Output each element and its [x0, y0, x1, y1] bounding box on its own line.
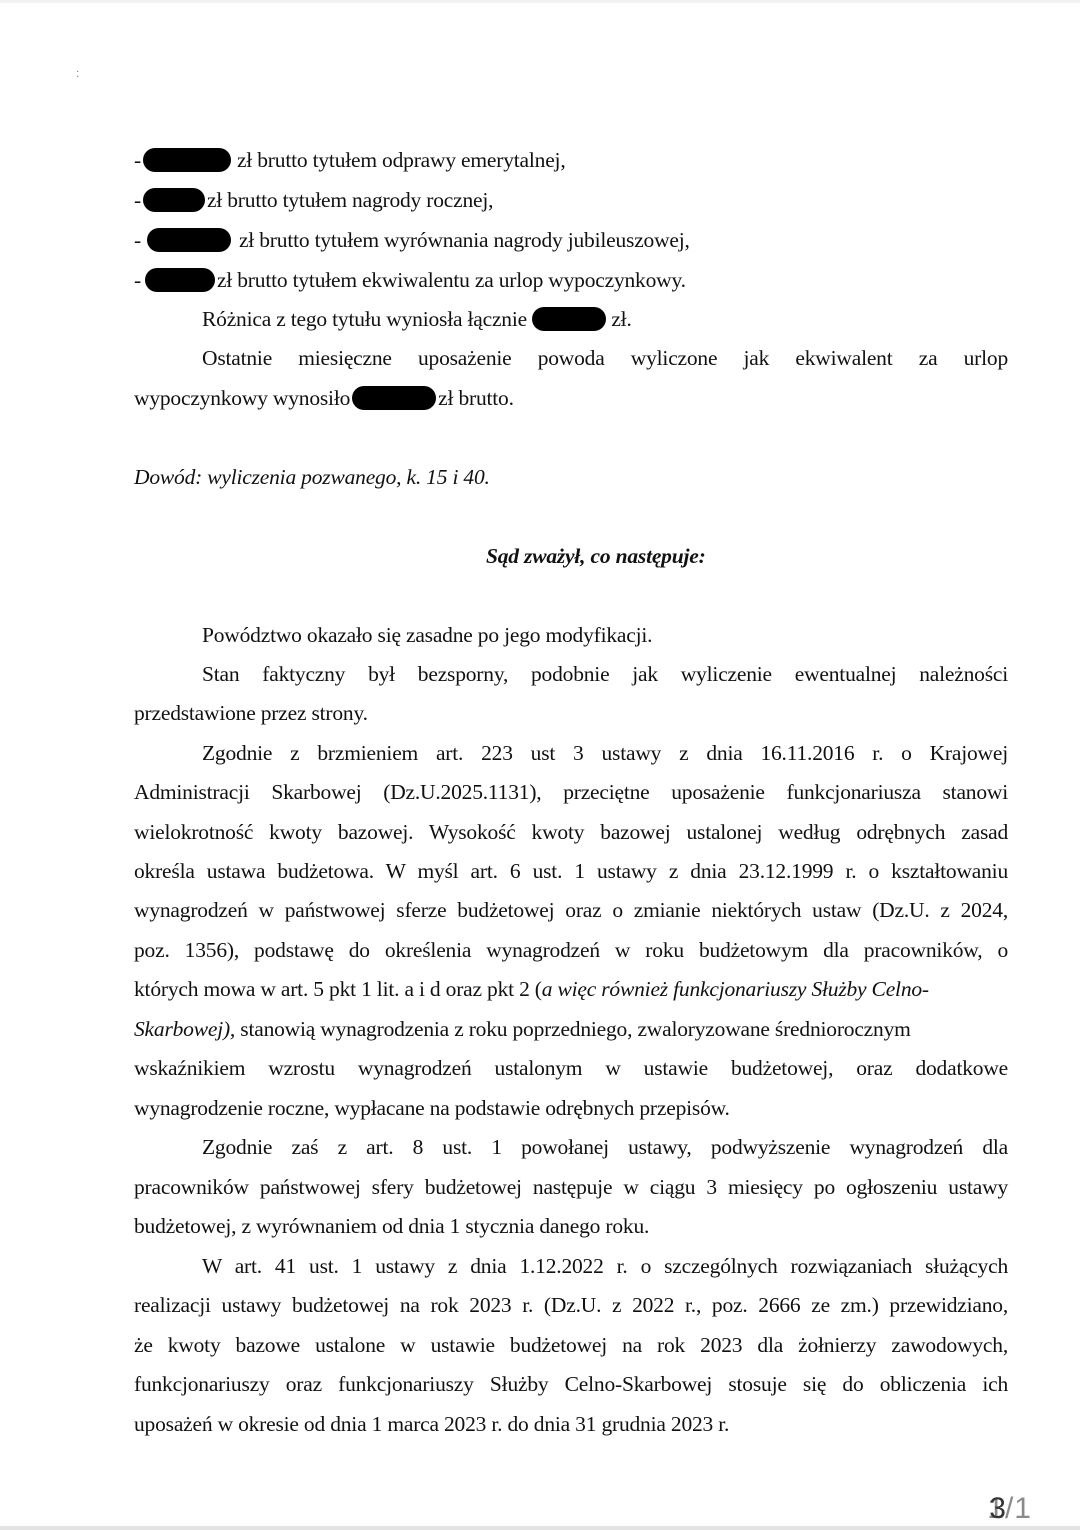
- paragraph-3-line-4: określa ustawa budżetowa. W myśl art. 6 …: [134, 858, 1008, 884]
- list-item-2: -zł brutto tytułem nagrody rocznej,: [134, 187, 493, 213]
- paragraph-5-line-4: funkcjonariuszy oraz funkcjonariuszy Słu…: [134, 1371, 1008, 1397]
- bottom-edge: [0, 1526, 1080, 1530]
- paragraph-1: Powództwo okazało się zasadne po jego mo…: [202, 622, 652, 648]
- redaction: [143, 148, 231, 172]
- paragraph-3-line-2: Administracji Skarbowej (Dz.U.2025.1131)…: [134, 779, 1008, 805]
- list-item-3: -zł brutto tytułem wyrównania nagrody ju…: [134, 227, 690, 253]
- list-item-1: -zł brutto tytułem odprawy emerytalnej,: [134, 147, 566, 173]
- paragraph-3-line-6: poz. 1356), podstawę do określenia wynag…: [134, 937, 1008, 963]
- redaction: [147, 228, 231, 252]
- salary-line-2: wypoczynkowy wynosiłozł brutto.: [134, 385, 514, 411]
- section-heading: Sąd zważył, co następuje:: [486, 543, 706, 569]
- paragraph-3-line-8: Skarbowej), stanowią wynagrodzenia z rok…: [134, 1016, 911, 1042]
- paragraph-5-line-3: że kwoty bazowe ustalone w ustawie budże…: [134, 1332, 1008, 1358]
- paragraph-5-line-2: realizacji ustawy budżetowej na rok 2023…: [134, 1292, 1008, 1318]
- paragraph-3-line-10: wynagrodzenie roczne, wypłacane na podst…: [134, 1095, 730, 1121]
- paragraph-3-line-7: których mowa w art. 5 pkt 1 lit. a i d o…: [134, 976, 929, 1002]
- paragraph-5-line-5: uposażeń w okresie od dnia 1 marca 2023 …: [134, 1411, 729, 1437]
- paragraph-4-line-3: budżetowej, z wyrównaniem od dnia 1 styc…: [134, 1213, 649, 1239]
- paragraph-2-line-2: przedstawione przez strony.: [134, 700, 368, 726]
- list-item-4: -zł brutto tytułem ekwiwalentu za urlop …: [134, 267, 686, 293]
- difference-line: Różnica z tego tytułu wyniosła łącznie z…: [202, 306, 632, 332]
- menu-dots-icon: ··: [76, 70, 79, 80]
- paragraph-3-line-5: wynagrodzeń w państwowej sferze budżetow…: [134, 897, 1008, 923]
- paragraph-2-line-1: Stan faktyczny był bezsporny, podobnie j…: [134, 661, 1008, 687]
- salary-line-1: Ostatnie miesięczne uposażenie powoda wy…: [134, 345, 1008, 371]
- current-page-number: 3: [989, 1492, 1007, 1526]
- paragraph-5-line-1: W art. 41 ust. 1 ustawy z dnia 1.12.2022…: [134, 1253, 1008, 1279]
- paragraph-3-line-1: Zgodnie z brzmieniem art. 223 ust 3 usta…: [134, 740, 1008, 766]
- paragraph-4-line-2: pracowników państwowej sfery budżetowej …: [134, 1174, 1008, 1200]
- top-edge: [0, 0, 1080, 3]
- evidence-note: Dowód: wyliczenia pozwanego, k. 15 i 40.: [134, 464, 490, 490]
- paragraph-3-line-3: wielokrotność kwoty bazowej. Wysokość kw…: [134, 819, 1008, 845]
- redaction: [352, 386, 436, 410]
- redaction: [532, 307, 606, 331]
- page-indicator: 31/1: [987, 1492, 1032, 1526]
- paragraph-4-line-1: Zgodnie zaś z art. 8 ust. 1 powołanej us…: [134, 1134, 1008, 1160]
- paragraph-3-line-9: wskaźnikiem wzrostu wynagrodzeń ustalony…: [134, 1055, 1008, 1081]
- redaction: [145, 268, 215, 292]
- redaction: [143, 188, 205, 212]
